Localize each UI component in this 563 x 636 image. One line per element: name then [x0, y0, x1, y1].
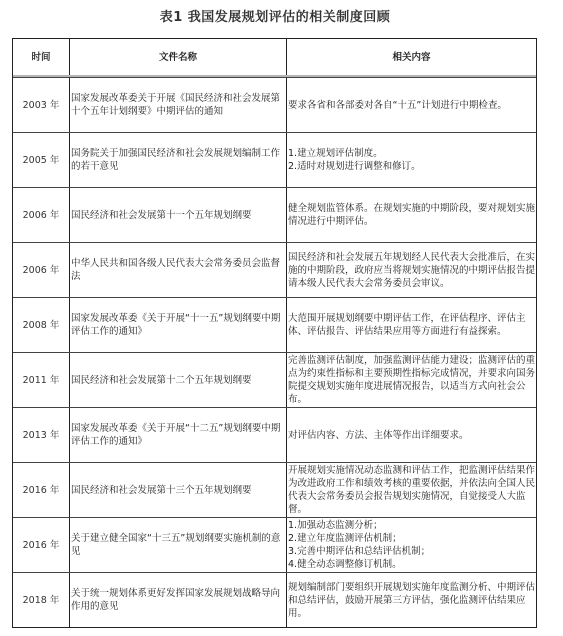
content-cell: 规划编制部门要组织开展规划实施年度监测分析、中期评估和总结评估，鼓励开展第三方评… [287, 573, 536, 627]
header-time: 时间 [13, 39, 70, 75]
year-cell: 2016 年 [13, 518, 70, 572]
document-cell: 中华人民共和国各级人民代表大会常务委员会监督法 [70, 243, 287, 297]
content-line: 1.建立规划评估制度。 [288, 147, 535, 160]
year-cell: 2013 年 [13, 408, 70, 462]
year-cell: 2006 年 [13, 243, 70, 297]
year-cell: 2003 年 [13, 78, 70, 132]
table-row: 2005 年 国务院关于加强国民经济和社会发展规划编制工作的若干意见 1.建立规… [13, 132, 536, 187]
table-row: 2018 年 关于统一规划体系更好发挥国家发展规划战略导向作用的意见 规划编制部… [13, 572, 536, 627]
table-row: 2013 年 国家发展改革委《关于开展“十二五”规划纲要中期评估工作的通知》 对… [13, 407, 536, 462]
content-cell: 要求各省和各部委对各自“十五”计划进行中期检查。 [287, 78, 536, 132]
document-cell: 关于统一规划体系更好发挥国家发展规划战略导向作用的意见 [70, 573, 287, 627]
table-row: 2011 年 国民经济和社会发展第十二个五年规划纲要 完善监测评估制度，加强监测… [13, 352, 536, 407]
year-cell: 2011 年 [13, 353, 70, 407]
policy-review-table: 时间 文件名称 相关内容 2003 年 国家发展改革委关于开展《国民经济和社会发… [12, 38, 537, 628]
content-cell: 健全规划监管体系。在规划实施的中期阶段，要对规划实施情况进行中期评估。 [287, 188, 536, 242]
table-row: 2003 年 国家发展改革委关于开展《国民经济和社会发展第十个五年计划纲要》中期… [13, 77, 536, 132]
content-cell: 1.建立规划评估制度。 2.适时对规划进行调整和修订。 [287, 133, 536, 187]
content-line: 1.加强动态监测分析； [288, 519, 535, 532]
table-row: 2006 年 国民经济和社会发展第十一个五年规划纲要 健全规划监管体系。在规划实… [13, 187, 536, 242]
year-cell: 2016 年 [13, 463, 70, 517]
document-cell: 国务院关于加强国民经济和社会发展规划编制工作的若干意见 [70, 133, 287, 187]
content-line: 4.健全动态调整修订机制。 [288, 558, 535, 571]
content-cell: 完善监测评估制度，加强监测评估能力建设；监测评估的重点为约束性指标和主要预期性指… [287, 353, 536, 407]
year-cell: 2006 年 [13, 188, 70, 242]
content-line: 2.建立年度监测评估机制； [288, 532, 535, 545]
year-cell: 2008 年 [13, 298, 70, 352]
document-cell: 国民经济和社会发展第十一个五年规划纲要 [70, 188, 287, 242]
content-cell: 国民经济和社会发展五年规划经人民代表大会批准后，在实施的中期阶段，政府应当将规划… [287, 243, 536, 297]
table-caption: 表1 我国发展规划评估的相关制度回顾 [0, 6, 550, 25]
content-cell: 开展规划实施情况动态监测和评估工作，把监测评估结果作为改进政府工作和绩效考核的重… [287, 463, 536, 517]
content-line: 2.适时对规划进行调整和修订。 [288, 160, 535, 173]
table-row: 2008 年 国家发展改革委《关于开展“十一五”规划纲要中期评估工作的通知》 大… [13, 297, 536, 352]
document-cell: 国民经济和社会发展第十二个五年规划纲要 [70, 353, 287, 407]
document-cell: 国家发展改革委《关于开展“十一五”规划纲要中期评估工作的通知》 [70, 298, 287, 352]
document-cell: 国家发展改革委《关于开展“十二五”规划纲要中期评估工作的通知》 [70, 408, 287, 462]
header-related-content: 相关内容 [287, 39, 536, 75]
year-cell: 2005 年 [13, 133, 70, 187]
table-header-row: 时间 文件名称 相关内容 [13, 39, 536, 77]
content-line: 3.完善中期评估和总结评估机制； [288, 545, 535, 558]
document-cell: 国家发展改革委关于开展《国民经济和社会发展第十个五年计划纲要》中期评估的通知 [70, 78, 287, 132]
table-row: 2006 年 中华人民共和国各级人民代表大会常务委员会监督法 国民经济和社会发展… [13, 242, 536, 297]
table-row: 2016 年 国民经济和社会发展第十三个五年规划纲要 开展规划实施情况动态监测和… [13, 462, 536, 517]
content-cell: 1.加强动态监测分析； 2.建立年度监测评估机制； 3.完善中期评估和总结评估机… [287, 518, 536, 572]
table-row: 2016 年 关于建立健全国家“十三五”规划纲要实施机制的意见 1.加强动态监测… [13, 517, 536, 572]
document-cell: 国民经济和社会发展第十三个五年规划纲要 [70, 463, 287, 517]
content-cell: 对评估内容、方法、主体等作出详细要求。 [287, 408, 536, 462]
year-cell: 2018 年 [13, 573, 70, 627]
header-document-name: 文件名称 [70, 39, 287, 75]
content-cell: 大范围开展规划纲要中期评估工作，在评估程序、评估主体、评估报告、评估结果应用等方… [287, 298, 536, 352]
document-cell: 关于建立健全国家“十三五”规划纲要实施机制的意见 [70, 518, 287, 572]
